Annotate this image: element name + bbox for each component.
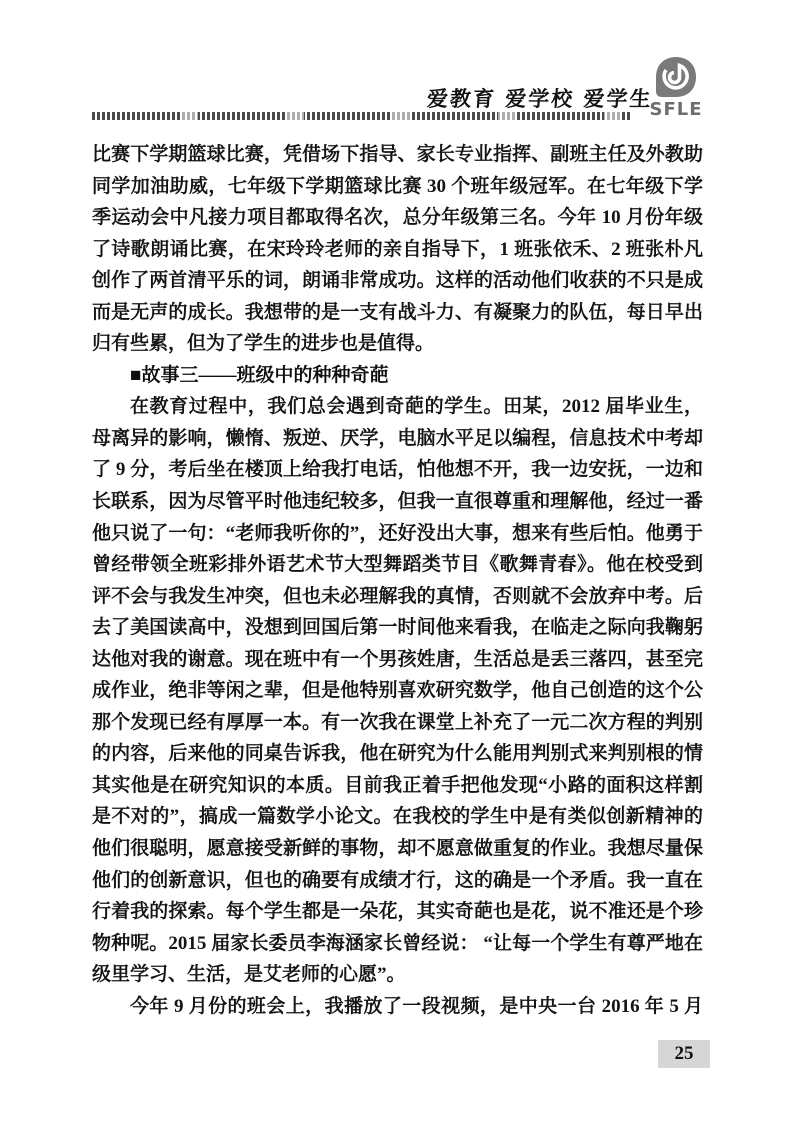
text-line: 长联系，因为尽管平时他违纪较多，但我一直很尊重和理解他，经过一番沟通， bbox=[92, 486, 703, 518]
text-line: 达他对我的谢意。现在班中有一个男孩姓唐，生活总是丢三落四，甚至完不 bbox=[92, 644, 703, 676]
text-line: 他们的创新意识，但也的确要有成绩才行，这的确是一个矛盾。我一直在进 bbox=[92, 865, 703, 897]
text-line: 他们很聪明，愿意接受新鲜的事物，却不愿意做重复的作业。我想尽量保护 bbox=[92, 833, 703, 865]
text-line: 行着我的探索。每个学生都是一朵花，其实奇葩也是花，说不准还是个珍稀 bbox=[92, 896, 703, 928]
book-page: 爱教育 爱学校 爱学生 SFLE 比赛下学期篮球比赛，凭借场下指导、家长专业指挥… bbox=[0, 0, 803, 1134]
text-line: 而是无声的成长。我想带的是一支有战斗力、有凝聚力的队伍，每日早出晚 bbox=[92, 297, 703, 329]
text-line: 成作业，绝非等闲之辈，但是他特别喜欢研究数学，他自己创造的这个公式、 bbox=[92, 675, 703, 707]
header-rule bbox=[92, 112, 632, 120]
sfle-logo: SFLE bbox=[633, 56, 719, 120]
text-line: 了 9 分，考后坐在楼顶上给我打电话，怕他想不开，我一边安抚，一边和家 bbox=[92, 454, 703, 486]
text-line: 的内容，后来他的同桌告诉我，他在研究为什么能用判别式来判别根的情况， bbox=[92, 738, 703, 770]
text-line: 是不对的”，搞成一篇数学小论文。在我校的学生中是有类似创新精神的人， bbox=[92, 801, 703, 833]
sfle-leaf-spiral-icon bbox=[633, 56, 719, 100]
text-line: 在教育过程中，我们总会遇到奇葩的学生。田某，2012 届毕业生，受父 bbox=[92, 391, 703, 423]
text-line: 那个发现已经有厚厚一本。有一次我在课堂上补充了一元二次方程的判别式 bbox=[92, 707, 703, 739]
text-line: 比赛下学期篮球比赛，凭借场下指导、家长专业指挥、副班主任及外教助阵、 bbox=[92, 139, 703, 171]
text-line: 他只说了一句：“老师我听你的”，还好没出大事，想来有些后怕。他勇于创新， bbox=[92, 518, 703, 550]
page-number-badge: 25 bbox=[658, 1040, 710, 1068]
text-line: 评不会与我发生冲突，但也未必理解我的真情，否则就不会放弃中考。后来 bbox=[92, 581, 703, 613]
text-line: 了诗歌朗诵比赛，在宋玲玲老师的亲自指导下，1 班张依禾、2 班张朴凡自己 bbox=[92, 234, 703, 266]
text-line: 曾经带领全班彩排外语艺术节大型舞蹈类节目《歌舞青春》。他在校受到批 bbox=[92, 549, 703, 581]
text-line: 季运动会中凡接力项目都取得名次，总分年级第三名。今年 10 月份年级进行 bbox=[92, 202, 703, 234]
text-line: 其实他是在研究知识的本质。目前我正着手把他发现“小路的面积这样割补 bbox=[92, 770, 703, 802]
text-line: 母离异的影响，懒惰、叛逆、厌学，电脑水平足以编程，信息技术中考却得 bbox=[92, 423, 703, 455]
text-line: 归有些累，但为了学生的进步也是值得。 bbox=[92, 328, 703, 360]
body-text: 比赛下学期篮球比赛，凭借场下指导、家长专业指挥、副班主任及外教助阵、同学加油助威… bbox=[92, 139, 703, 1022]
text-line: 今年 9 月份的班会上，我播放了一段视频，是中央一台 2016 年 5 月 6 … bbox=[92, 991, 703, 1023]
text-line: 同学加油助威，七年级下学期篮球比赛 30 个班年级冠军。在七年级下学期秋 bbox=[92, 171, 703, 203]
text-line: 物种呢。2015 届家长委员李海涵家长曾经说： “让每一个学生有尊严地在班 bbox=[92, 928, 703, 960]
sfle-logo-text: SFLE bbox=[633, 100, 719, 120]
text-line: 去了美国读高中，没想到回国后第一时间他来看我，在临走之际向我鞠躬表 bbox=[92, 612, 703, 644]
text-line: 创作了两首清平乐的词，朗诵非常成功。这样的活动他们收获的不只是成绩， bbox=[92, 265, 703, 297]
header-slogan: 爱教育 爱学校 爱学生 bbox=[426, 83, 654, 113]
text-line: 级里学习、生活，是艾老师的心愿”。 bbox=[92, 959, 703, 991]
section-heading: ■故事三——班级中的种种奇葩 bbox=[92, 360, 703, 392]
